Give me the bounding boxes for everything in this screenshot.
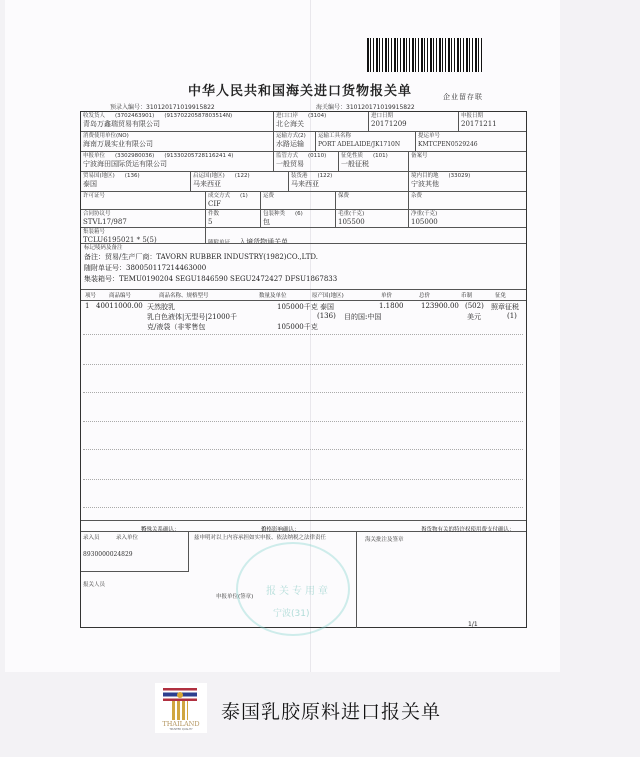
goods-hs-code: 40011000.00 — [96, 302, 143, 310]
logo-word: THAILAND — [155, 720, 207, 728]
destination-cell: 境内目的地(33029) 宁波其他 — [409, 172, 526, 192]
header-total-price: 总价 — [419, 291, 430, 299]
bill-no-cell: 提运单号 KMTCPEN0529246 — [416, 132, 526, 152]
transport-name-value: PORT ADELAIDE/JK1710N — [318, 140, 413, 149]
goods-item-no: 1 — [85, 302, 89, 310]
freight-cell: 运费 — [261, 192, 336, 210]
destination-label: 境内目的地 — [411, 173, 439, 179]
consignee-code1: (3702463901) — [115, 113, 154, 119]
origin-country-value: 马来西亚 — [193, 180, 286, 189]
barcode — [367, 38, 482, 72]
loading-port-value: 马来西亚 — [291, 180, 406, 189]
consumer-cell: 消费使用单位(NO) 海南万晟实业有限公司 — [81, 132, 274, 152]
license-no-cell: 许可证号 — [81, 192, 206, 210]
goods-levy: 照章征税 — [491, 302, 519, 312]
copy-type: 企业留存联 — [443, 92, 483, 102]
goods-origin-code: (136) — [317, 312, 336, 320]
trade-country-code: (136) — [125, 173, 140, 179]
price-influence-value: 否 — [261, 525, 267, 533]
goods-table-header: 项号 商品编号 商品名称、规格型号 数量及单位 原产国(地区) 单价 总价 币制… — [81, 290, 526, 301]
row-separator — [83, 449, 523, 450]
customs-number: 海关编号：310120171019915822 — [316, 102, 415, 111]
customs-no-value: 310120171019915822 — [346, 104, 415, 111]
entry-clerk-label: 录入员 — [83, 535, 100, 542]
row-separator — [83, 364, 523, 365]
levy-nature-value: 一般征税 — [341, 160, 406, 169]
pieces-label: 件数 — [208, 211, 258, 218]
origin-country-cell: 启运国(地区)(122) 马来西亚 — [191, 172, 289, 192]
transport-mode-label: 运输方式 — [276, 133, 298, 139]
loading-port-label: 装货港 — [291, 173, 308, 179]
declare-date-cell: 申报日期 20171211 — [459, 112, 526, 132]
customs-person-label: 报关人员 — [83, 582, 105, 589]
logo-subtitle: TRUSTED QUALITY — [155, 728, 207, 731]
gross-weight-label: 毛重(千克) — [338, 211, 406, 218]
entry-unit-label: 录入单位 — [116, 535, 138, 542]
consumer-label: 消费使用单位 — [83, 133, 116, 139]
row-separator — [83, 421, 523, 422]
container-no-cell: 集装箱号 TCLU6195021 * 5(5) — [81, 228, 206, 244]
origin-country-code: (122) — [235, 173, 250, 179]
origin-country-label: 启运国(地区) — [193, 173, 225, 179]
pre-entry-number: 预录入编号：310120171019915822 — [110, 102, 215, 111]
header-unit-price: 单价 — [381, 291, 392, 299]
remarks-line-containers: 集装箱号：TEMU0190204 SEGU1846590 SEGU2472427… — [84, 274, 523, 285]
import-port-cell: 进口口岸(3104) 北仑海关 — [274, 112, 369, 132]
entry-clerk-value: 8930000024829 — [83, 550, 133, 559]
consumer-code: (NO) — [116, 133, 129, 139]
destination-value: 宁波其他 — [411, 180, 524, 189]
bill-no-label: 提运单号 — [418, 133, 524, 140]
trade-country-label: 贸易国(地区) — [83, 173, 115, 179]
misc-fee-label: 杂费 — [411, 193, 524, 200]
pieces-value: 5 — [208, 218, 258, 227]
levy-nature-code: (101) — [373, 153, 388, 159]
confirmation-row: 特殊关系确认： 否 价格影响确认： 否 与货物有关的特许权使用费支付确认： 否 — [81, 520, 526, 532]
contract-no-cell: 合同协议号 STVL17/987 — [81, 210, 206, 228]
declarant-value: 宁波海田国际货运有限公司 — [83, 160, 271, 169]
insurance-cell: 保费 — [336, 192, 409, 210]
goods-name-line1: 天然胶乳 — [147, 302, 175, 312]
trade-country-cell: 贸易国(地区)(136) 泰国 — [81, 172, 191, 192]
entry-clerk-box: 录入员 录入单位 8930000024829 — [81, 532, 189, 572]
consignee-cell: 收发货人(3702463901)(91370220587803514N) 青岛万… — [81, 112, 274, 132]
container-no-value: TCLU6195021 * 5(5) — [83, 236, 203, 244]
net-weight-label: 净重(千克) — [411, 211, 524, 218]
record-no-label: 备案号 — [411, 153, 524, 160]
consignee-label: 收发货人 — [83, 113, 105, 119]
row-separator — [83, 479, 523, 480]
header-quantity: 数量及单位 — [259, 291, 287, 299]
goods-total-price: 123900.00 — [421, 302, 459, 310]
consignee-code2: (91370220587803514N) — [164, 113, 232, 119]
customs-no-label: 海关编号： — [316, 104, 346, 111]
destination-code: (33029) — [449, 173, 471, 179]
consignee-value: 青岛万鑫瑞贸易有限公司 — [83, 120, 271, 129]
transport-mode-code: (2) — [298, 133, 306, 139]
deal-mode-label: 成交方式 — [208, 193, 230, 199]
deal-mode-code: (1) — [240, 193, 248, 199]
header-levy: 征免 — [495, 291, 506, 299]
declarant-cell: 申报单位(3302980036)(91330205728116241 4) 宁波… — [81, 152, 274, 172]
goods-quantity1: 105000千克 — [277, 302, 318, 312]
deal-mode-cell: 成交方式(1) CIF — [206, 192, 261, 210]
net-weight-cell: 净重(千克) 105000 — [409, 210, 526, 228]
supervision-value: 一般贸易 — [276, 160, 336, 169]
container-no-label: 集装箱号 — [83, 229, 203, 236]
levy-nature-cell: 征免性质(101) 一般征税 — [339, 152, 409, 172]
goods-currency: 美元 — [467, 312, 481, 322]
page-number: 1/1 — [468, 621, 478, 628]
import-port-code: (3104) — [308, 113, 326, 119]
header-hs-code: 商品编号 — [109, 291, 131, 299]
row-separator — [83, 334, 523, 335]
remarks-line-doc-no: 随附单证号：380050117214463000 — [84, 263, 523, 274]
customs-approval-box: 海关批注及签章 — [356, 532, 528, 628]
contract-no-value: STVL17/987 — [83, 218, 203, 227]
contract-no-label: 合同协议号 — [83, 211, 203, 218]
footer-caption: 泰国乳胶原料进口报关单 — [221, 697, 441, 724]
supervision-label: 监管方式 — [276, 153, 298, 159]
loading-port-code: (122) — [318, 173, 333, 179]
goods-levy-code: (1) — [507, 312, 517, 320]
loading-port-cell: 装货港(122) 马来西亚 — [289, 172, 409, 192]
transport-name-cell: 运输工具名称 PORT ADELAIDE/JK1710N — [316, 132, 416, 152]
import-date-value: 20171209 — [371, 120, 456, 129]
package-type-cell: 包装种类(6) 包 — [261, 210, 336, 228]
trade-country-value: 泰国 — [83, 180, 188, 189]
header-currency: 币制 — [461, 291, 472, 299]
insurance-label: 保费 — [338, 193, 406, 200]
transport-mode-cell: 运输方式(2) 水路运输 — [274, 132, 316, 152]
declarant-code1: (3302980036) — [115, 153, 154, 159]
remarks-label: 标记唛码及备注 — [84, 245, 523, 252]
stamp-subtext: 宁波(31) — [273, 606, 309, 619]
declare-date-value: 20171211 — [461, 120, 524, 129]
header-origin: 原产国(地区) — [312, 291, 344, 299]
thailand-trusted-quality-logo: THAILAND TRUSTED QUALITY — [155, 683, 207, 733]
pre-entry-value: 310120171019915822 — [146, 104, 215, 111]
gross-weight-cell: 毛重(千克) 105500 — [336, 210, 409, 228]
package-type-code: (6) — [295, 211, 303, 217]
goods-dest-country: 目的国:中国 — [344, 312, 381, 322]
remarks-line-manufacturer: 备注：贸易/生产厂商：TAVORN RUBBER INDUSTRY(1982)C… — [84, 252, 523, 263]
row-separator — [83, 392, 523, 393]
emblem-icon — [177, 692, 183, 698]
attached-docs-cell: 随附单证 入境货物通关单 — [206, 228, 526, 244]
transport-name-label: 运输工具名称 — [318, 133, 413, 140]
supervision-cell: 监管方式(0110) 一般贸易 — [274, 152, 339, 172]
package-type-label: 包装种类 — [263, 211, 285, 217]
goods-unit-price: 1.1800 — [379, 302, 404, 310]
bill-no-value: KMTCPEN0529246 — [418, 140, 524, 149]
declaration-form: 收发货人(3702463901)(91370220587803514N) 青岛万… — [80, 111, 527, 628]
license-no-label: 许可证号 — [83, 193, 203, 200]
transport-mode-value: 水路运输 — [276, 140, 313, 149]
pieces-cell: 件数 5 — [206, 210, 261, 228]
header-goods-name: 商品名称、规格型号 — [159, 291, 209, 299]
row-separator — [83, 507, 523, 508]
goods-currency-code: (502) — [465, 302, 484, 310]
levy-nature-label: 征免性质 — [341, 153, 363, 159]
package-type-value: 包 — [263, 218, 333, 227]
consumer-value: 海南万晟实业有限公司 — [83, 140, 271, 149]
declarant-label: 申报单位 — [83, 153, 105, 159]
header-item-no: 项号 — [85, 291, 96, 299]
remarks-section: 标记唛码及备注 备注：贸易/生产厂商：TAVORN RUBBER INDUSTR… — [81, 244, 526, 290]
stamp-text: 报关专用章 — [266, 582, 331, 597]
goods-name-line3: 克/液袋（非零售包 — [147, 322, 205, 332]
customs-approval-label: 海关批注及签章 — [365, 537, 404, 544]
freight-label: 运费 — [263, 193, 333, 200]
declarant-code2: (91330205728116241 4) — [164, 153, 233, 159]
import-date-label: 进口日期 — [371, 113, 456, 120]
misc-fee-cell: 杂费 — [409, 192, 526, 210]
import-port-value: 北仑海关 — [276, 120, 366, 129]
deal-mode-value: CIF — [208, 200, 258, 209]
import-date-cell: 进口日期 20171209 — [369, 112, 459, 132]
import-port-label: 进口口岸 — [276, 113, 298, 119]
declaration-statement: 兹申明对以上内容承担如实申报、依法纳税之法律责任 — [194, 535, 354, 542]
goods-name-line2: 乳白色液体|无型号|21000千 — [147, 312, 237, 322]
pillars-icon — [172, 701, 188, 720]
net-weight-value: 105000 — [411, 218, 524, 227]
declare-date-label: 申报日期 — [461, 113, 524, 120]
gross-weight-value: 105500 — [338, 218, 406, 227]
supervision-code: (0110) — [308, 153, 326, 159]
goods-quantity2: 105000千克 — [277, 322, 318, 332]
record-no-cell: 备案号 — [409, 152, 526, 172]
pre-entry-label: 预录入编号： — [110, 104, 146, 111]
goods-origin: 泰国 — [320, 302, 334, 312]
